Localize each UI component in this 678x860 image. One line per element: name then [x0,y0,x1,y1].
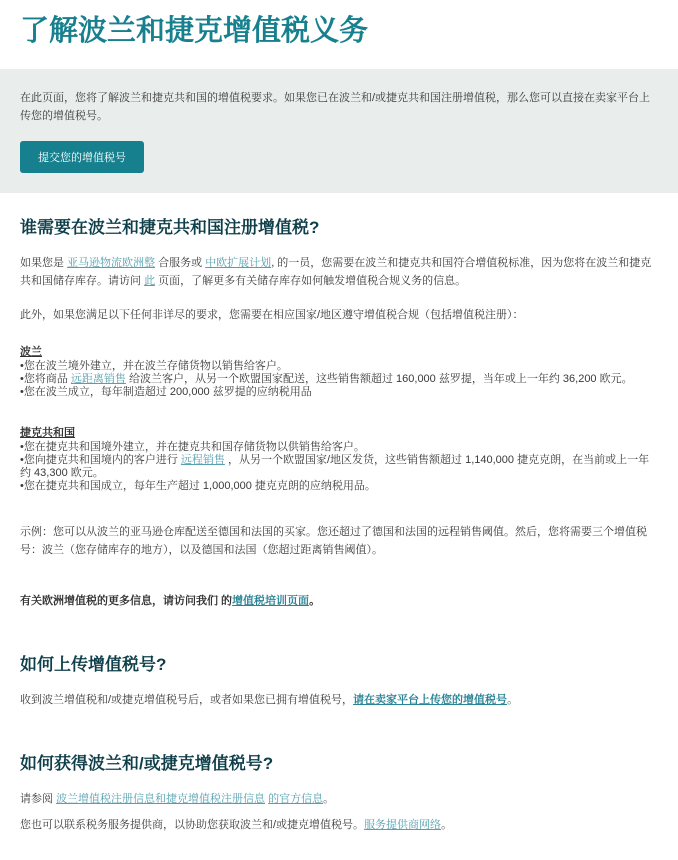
text-segment: 您也可以联系税务服务提供商，以协助您获取波兰和/或捷克增值税号。 [20,819,364,831]
text-segment: 您在波兰成立，每年制造超过 200,000 兹罗提的应纳税用品 [24,386,312,398]
text-segment: 收到波兰增值税和/或捷克增值税号后，或者如果您已拥有增值税号， [20,694,353,706]
link-vat-education-page[interactable]: 增值税培训页面 [232,595,309,607]
main-content: 谁需要在波兰和捷克共和国注册增值税? 如果您是 亚马逊物流欧洲整 合服务或 中欧… [0,217,678,860]
subsection-heading-czech-republic: 捷克共和国 [20,427,658,440]
poland-bullet-list: 您在波兰境外建立，并在波兰存储货物以销售给客户。 您将商品 远距离销售 给波兰客… [20,360,658,399]
obtain-paragraph-official-info: 请参阅 波兰增值税注册信息和捷克增值税注册信息 的官方信息。 [20,790,658,808]
section-heading-who-needs-to-register: 谁需要在波兰和捷克共和国注册增值税? [20,217,658,239]
text-segment: 您在波兰境外建立，并在波兰存储货物以销售给客户。 [24,360,288,372]
link-official-info[interactable]: 的官方信息 [268,793,323,805]
upload-paragraph: 收到波兰增值税和/或捷克增值税号后，或者如果您已拥有增值税号，请在卖家平台上传您… [20,691,658,709]
obtain-paragraph-service-providers: 您也可以联系税务服务提供商，以协助您获取波兰和/或捷克增值税号。服务提供商网络。 [20,816,658,834]
list-item: 您在捷克共和国成立，每年生产超过 1,000,000 捷克克朗的应纳税用品。 [20,480,658,493]
text-segment: 有关欧洲增值税的更多信息，请访问我们 的 [20,595,232,607]
who-paragraph-requirements: 此外，如果您满足以下任何非详尽的要求，您需要在相应国家/地区遵守增值税合规（包括… [20,306,658,324]
text-segment: 。 [507,694,518,706]
list-item: 您将商品 远距离销售 给波兰客户，从另一个欧盟国家配送，这些销售额超过 160,… [20,373,658,386]
text-segment: 。 [441,819,452,831]
link-fba-european-integration[interactable]: 亚马逊物流欧洲整 [67,257,155,269]
link-service-provider-network[interactable]: 服务提供商网络 [364,819,441,831]
czech-bullet-list: 您在捷克共和国境外建立，并在捷克共和国存储货物以供销售给客户。 您向捷克共和国境… [20,441,658,493]
text-segment: 。 [323,793,334,805]
example-paragraph: 示例：您可以从波兰的亚马逊仓库配送至德国和法国的买家。您还超过了德国和法国的远程… [20,523,658,559]
list-item: 您在波兰成立，每年制造超过 200,000 兹罗提的应纳税用品 [20,386,658,399]
list-item: 您向捷克共和国境内的客户进行 远程销售 ，从另一个欧盟国家/地区发货，这些销售额… [20,454,658,480]
text-segment: 您在捷克共和国成立，每年生产超过 1,000,000 捷克克朗的应纳税用品。 [24,480,376,492]
vat-obligations-help-page: 了解波兰和捷克增值税义务 在此页面，您将了解波兰和捷克共和国的增值税要求。如果您… [0,14,678,860]
text-segment: 您在捷克共和国境外建立，并在捷克共和国存储货物以供销售给客户。 [24,441,365,453]
intro-text: 在此页面，您将了解波兰和捷克共和国的增值税要求。如果您已在波兰和/或捷克共和国注… [20,89,658,125]
submit-vat-number-button[interactable]: 提交您的增值税号 [20,141,144,173]
text-segment: 如果您是 [20,257,67,269]
list-item: 您在波兰境外建立，并在波兰存储货物以销售给客户。 [20,360,658,373]
link-upload-vat-number-seller-central[interactable]: 请在卖家平台上传您的增值税号 [353,694,507,706]
list-item: 您在捷克共和国境外建立，并在捷克共和国存储货物以供销售给客户。 [20,441,658,454]
more-info-note: 有关欧洲增值税的更多信息，请访问我们 的增值税培训页面。 [20,592,658,610]
section-heading-how-to-obtain: 如何获得波兰和/或捷克增值税号? [20,753,658,775]
text-segment: 合服务或 [155,257,205,269]
text-segment: 您将商品 [24,373,71,385]
link-distance-selling-poland[interactable]: 远距离销售 [71,373,126,385]
intro-banner: 在此页面，您将了解波兰和捷克共和国的增值税要求。如果您已在波兰和/或捷克共和国注… [0,69,678,193]
who-paragraph-intro: 如果您是 亚马逊物流欧洲整 合服务或 中欧扩展计划, 的一员，您需要在波兰和捷克… [20,254,658,290]
link-poland-czech-vat-registration-info[interactable]: 波兰增值税注册信息和捷克增值税注册信息 [56,793,265,805]
link-distance-selling-czech[interactable]: 远程销售 [181,454,225,466]
subsection-heading-poland: 波兰 [20,346,658,359]
text-segment: 请参阅 [20,793,56,805]
text-segment: 您向捷克共和国境内的客户进行 [24,454,181,466]
link-this-page[interactable]: 此 [144,275,155,287]
text-segment: 页面，了解更多有关储存库存如何触发增值税合规义务的信息。 [155,275,466,287]
section-heading-how-to-upload: 如何上传增值税号? [20,654,658,676]
text-segment: 。 [309,595,320,607]
text-segment: 给波兰客户，从另一个欧盟国家配送，这些销售额超过 160,000 兹罗提，当年或… [126,373,633,385]
page-title: 了解波兰和捷克增值税义务 [20,14,658,49]
link-central-europe-expansion-program[interactable]: 中欧扩展计划 [205,257,271,269]
